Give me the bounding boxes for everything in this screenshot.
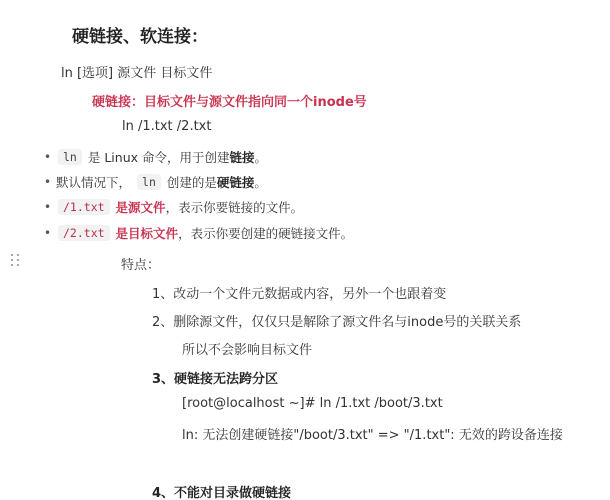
example-command: ln /1.txt /2.txt <box>122 119 211 134</box>
bullet-bold: 是目标文件 <box>116 224 179 242</box>
bullet-item: • 默认情况下， ln 创建的是 硬链接 。 <box>44 172 267 192</box>
hardlink-definition: 硬链接：目标文件与源文件指向同一个inode号 <box>92 91 367 110</box>
bullet-bold: 硬链接 <box>217 173 255 191</box>
bullet-item: • ln 是 Linux 命令，用于创建 链接 。 <box>44 147 267 167</box>
section-title: 硬链接、软连接： <box>72 22 208 47</box>
drag-handle-icon[interactable] <box>11 254 21 268</box>
bullet-suffix: ，表示你要链接的文件。 <box>166 198 304 216</box>
feature-item: 3、硬链接无法跨分区 <box>152 368 278 387</box>
inline-code: ln <box>137 174 161 190</box>
bullet-suffix: ，表示你要创建的硬链接文件。 <box>178 224 353 242</box>
inline-code: ln <box>58 149 82 165</box>
bullet-icon: • <box>44 226 56 240</box>
feature-item: 2、删除源文件，仅仅只是解除了源文件名与inode号的关联关系 <box>152 311 521 330</box>
bullet-bold: 是源文件 <box>116 198 166 216</box>
bullet-icon: • <box>44 150 56 164</box>
bullet-text: 是 Linux 命令，用于创建 <box>88 148 230 166</box>
bullet-item: • /1.txt 是源文件 ，表示你要链接的文件。 <box>44 197 303 217</box>
bullet-suffix: 。 <box>254 173 267 191</box>
bullet-bold: 链接 <box>230 148 255 166</box>
bullet-icon: • <box>44 200 56 214</box>
feature-item: 1、改动一个文件元数据或内容，另外一个也跟着变 <box>152 283 446 302</box>
command-syntax: ln [选项] 源文件 目标文件 <box>61 62 212 81</box>
bullet-icon: • <box>44 175 56 189</box>
inline-code: /2.txt <box>58 225 110 241</box>
feature-item: 4、不能对目录做硬链接 <box>152 482 291 500</box>
terminal-error: ln: 无法创建硬链接"/boot/3.txt" => "/1.txt": 无效… <box>182 424 563 443</box>
bullet-text: 创建的是 <box>167 173 217 191</box>
bullet-prefix: 默认情况下， <box>56 173 131 191</box>
bullet-item: • /2.txt 是目标文件 ，表示你要创建的硬链接文件。 <box>44 223 353 243</box>
bullet-suffix: 。 <box>255 148 268 166</box>
inline-code: /1.txt <box>58 199 110 215</box>
feature-note: 所以不会影响目标文件 <box>182 339 312 358</box>
features-label: 特点： <box>121 254 160 273</box>
terminal-command: [root@localhost ~]# ln /1.txt /boot/3.tx… <box>182 396 443 411</box>
